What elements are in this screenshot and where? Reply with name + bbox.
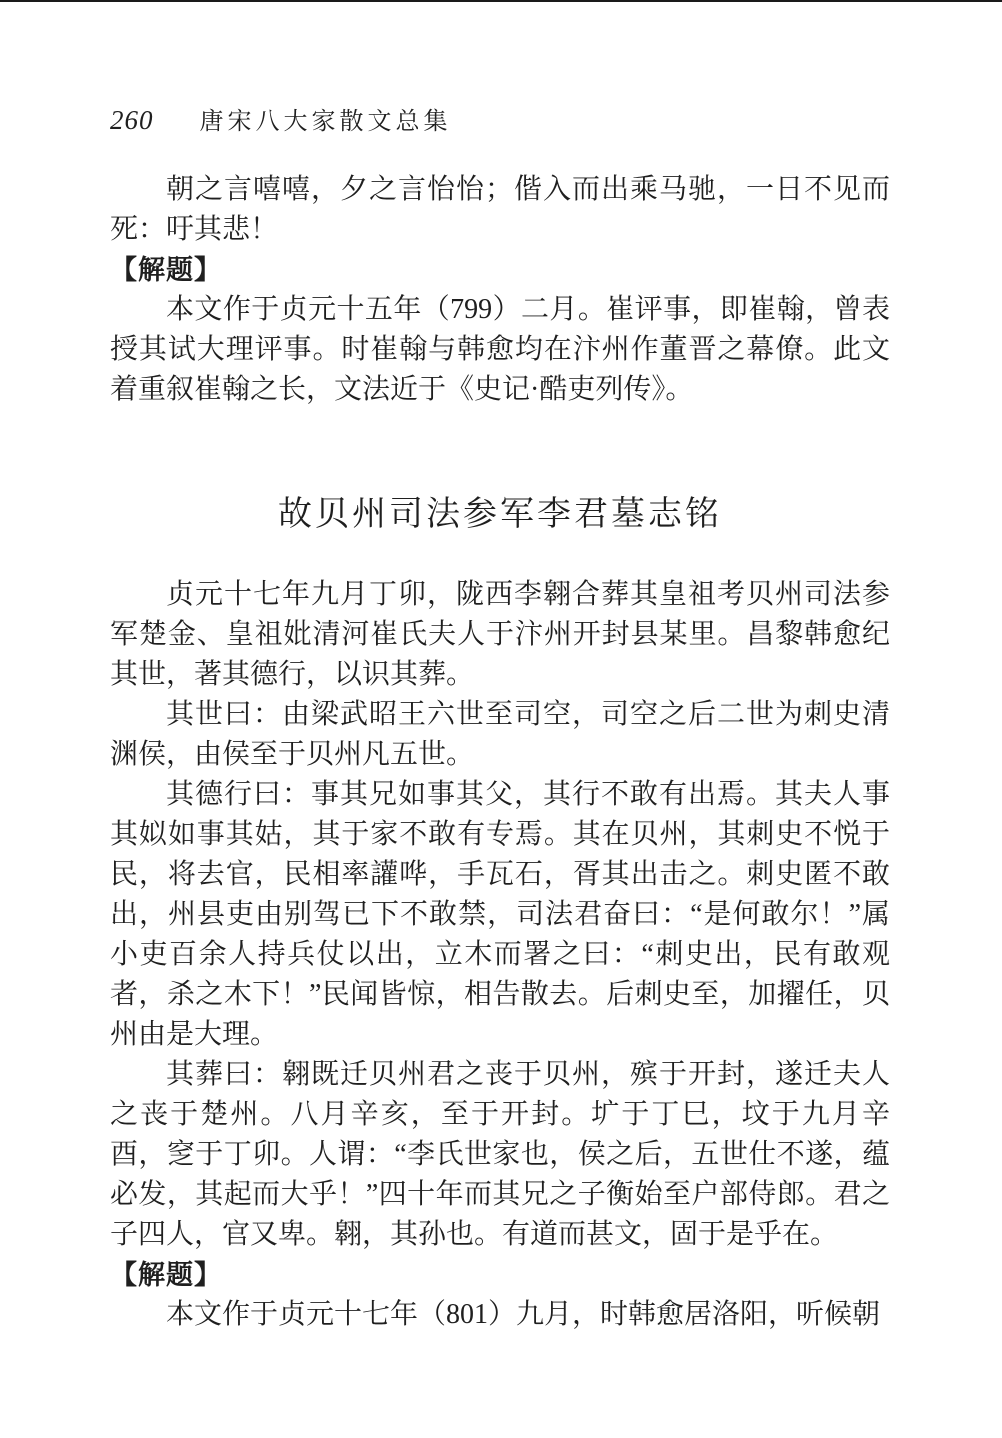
article-paragraph: 其世曰：由梁武昭王六世至司空，司空之后二世为刺史清渊侯，由侯至于贝州凡五世。 bbox=[110, 695, 890, 775]
article-body: 贞元十七年九月丁卯，陇西李翱合葬其皇祖考贝州司法参军楚金、皇祖妣清河崔氏夫人于汴… bbox=[110, 575, 890, 1255]
previous-article-closing-paragraph: 朝之言嘻嘻，夕之言怡怡；偕入而出乘马驰，一日不见而死：吁其悲！ bbox=[110, 170, 890, 250]
annotation-paragraph: 本文作于贞元十七年（801）九月，时韩愈居洛阳，听候朝 bbox=[110, 1295, 890, 1335]
article-paragraph: 贞元十七年九月丁卯，陇西李翱合葬其皇祖考贝州司法参军楚金、皇祖妣清河崔氏夫人于汴… bbox=[110, 575, 890, 695]
page-number: 260 bbox=[110, 100, 154, 140]
annotation-heading: 【解题】 bbox=[110, 1255, 890, 1295]
article-paragraph: 其德行曰：事其兄如事其父，其行不敢有出焉。其夫人事其姒如事其姑，其于家不敢有专焉… bbox=[110, 775, 890, 1055]
article-section: 故贝州司法参军李君墓志铭 贞元十七年九月丁卯，陇西李翱合葬其皇祖考贝州司法参军楚… bbox=[110, 480, 890, 1335]
previous-article-section: 朝之言嘻嘻，夕之言怡怡；偕入而出乘马驰，一日不见而死：吁其悲！ 【解题】 本文作… bbox=[110, 170, 890, 410]
book-title: 唐宋八大家散文总集 bbox=[200, 102, 452, 142]
book-page: 260 唐宋八大家散文总集 朝之言嘻嘻，夕之言怡怡；偕入而出乘马驰，一日不见而死… bbox=[0, 0, 1002, 1438]
annotation-heading: 【解题】 bbox=[110, 250, 890, 290]
article-paragraph: 其葬曰：翱既迁贝州君之丧于贝州，殡于开封，遂迁夫人之丧于楚州。八月辛亥，至于开封… bbox=[110, 1055, 890, 1255]
annotation-paragraph: 本文作于贞元十五年（799）二月。崔评事，即崔翰，曾表授其试大理评事。时崔翰与韩… bbox=[110, 290, 890, 410]
running-header: 260 唐宋八大家散文总集 bbox=[110, 100, 890, 140]
article-title: 故贝州司法参军李君墓志铭 bbox=[110, 480, 890, 550]
